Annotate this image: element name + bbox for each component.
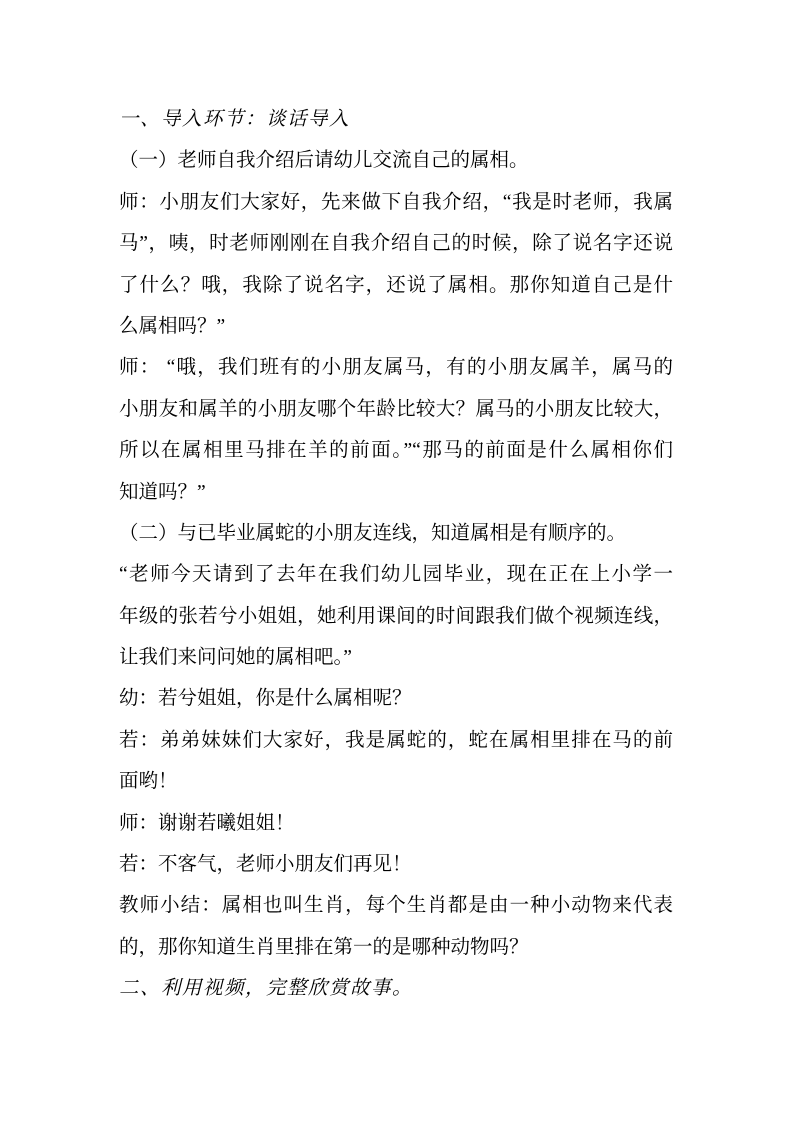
heading-line: 一、导入环节：谈话导入 xyxy=(119,99,673,140)
text-line: （一）老师自我介绍后请幼儿交流自己的属相。 xyxy=(119,140,673,181)
text-line: 幼：若兮姐姐，你是什么属相呢？ xyxy=(119,678,673,719)
text-line: 知道吗？” xyxy=(119,472,673,513)
text-line: 所以在属相里马排在羊的前面。”“那马的前面是什么属相你们 xyxy=(119,430,673,471)
text-line: 师：小朋友们大家好，先来做下自我介绍，“我是时老师，我属 xyxy=(119,182,673,223)
document-page: 一、导入环节：谈话导入（一）老师自我介绍后请幼儿交流自己的属相。师：小朋友们大家… xyxy=(0,0,794,1123)
text-line: 马”，咦，时老师刚刚在自我介绍自己的时候，除了说名字还说 xyxy=(119,223,673,264)
heading-line: 二、利用视频，完整欣赏故事。 xyxy=(119,968,673,1009)
document-text-block: 一、导入环节：谈话导入（一）老师自我介绍后请幼儿交流自己的属相。师：小朋友们大家… xyxy=(119,99,673,1010)
text-line: 教师小结：属相也叫生肖，每个生肖都是由一种小动物来代表 xyxy=(119,885,673,926)
text-line: “老师今天请到了去年在我们幼儿园毕业，现在正在上小学一 xyxy=(119,554,673,595)
text-line: 若：不客气，老师小朋友们再见！ xyxy=(119,844,673,885)
text-line: （二）与已毕业属蛇的小朋友连线，知道属相是有顺序的。 xyxy=(119,513,673,554)
text-line: 师： “哦，我们班有的小朋友属马，有的小朋友属羊，属马的 xyxy=(119,347,673,388)
text-line: 让我们来问问她的属相吧。” xyxy=(119,637,673,678)
text-line: 面哟！ xyxy=(119,761,673,802)
text-line: 的，那你知道生肖里排在第一的是哪种动物吗？ xyxy=(119,927,673,968)
text-line: 年级的张若兮小姐姐，她利用课间的时间跟我们做个视频连线， xyxy=(119,596,673,637)
text-line: 么属相吗？” xyxy=(119,306,673,347)
text-line: 师：谢谢若曦姐姐！ xyxy=(119,803,673,844)
text-line: 小朋友和属羊的小朋友哪个年龄比较大？属马的小朋友比较大， xyxy=(119,389,673,430)
text-line: 了什么？哦，我除了说名字，还说了属相。那你知道自己是什 xyxy=(119,265,673,306)
text-line: 若：弟弟妹妹们大家好，我是属蛇的，蛇在属相里排在马的前 xyxy=(119,720,673,761)
